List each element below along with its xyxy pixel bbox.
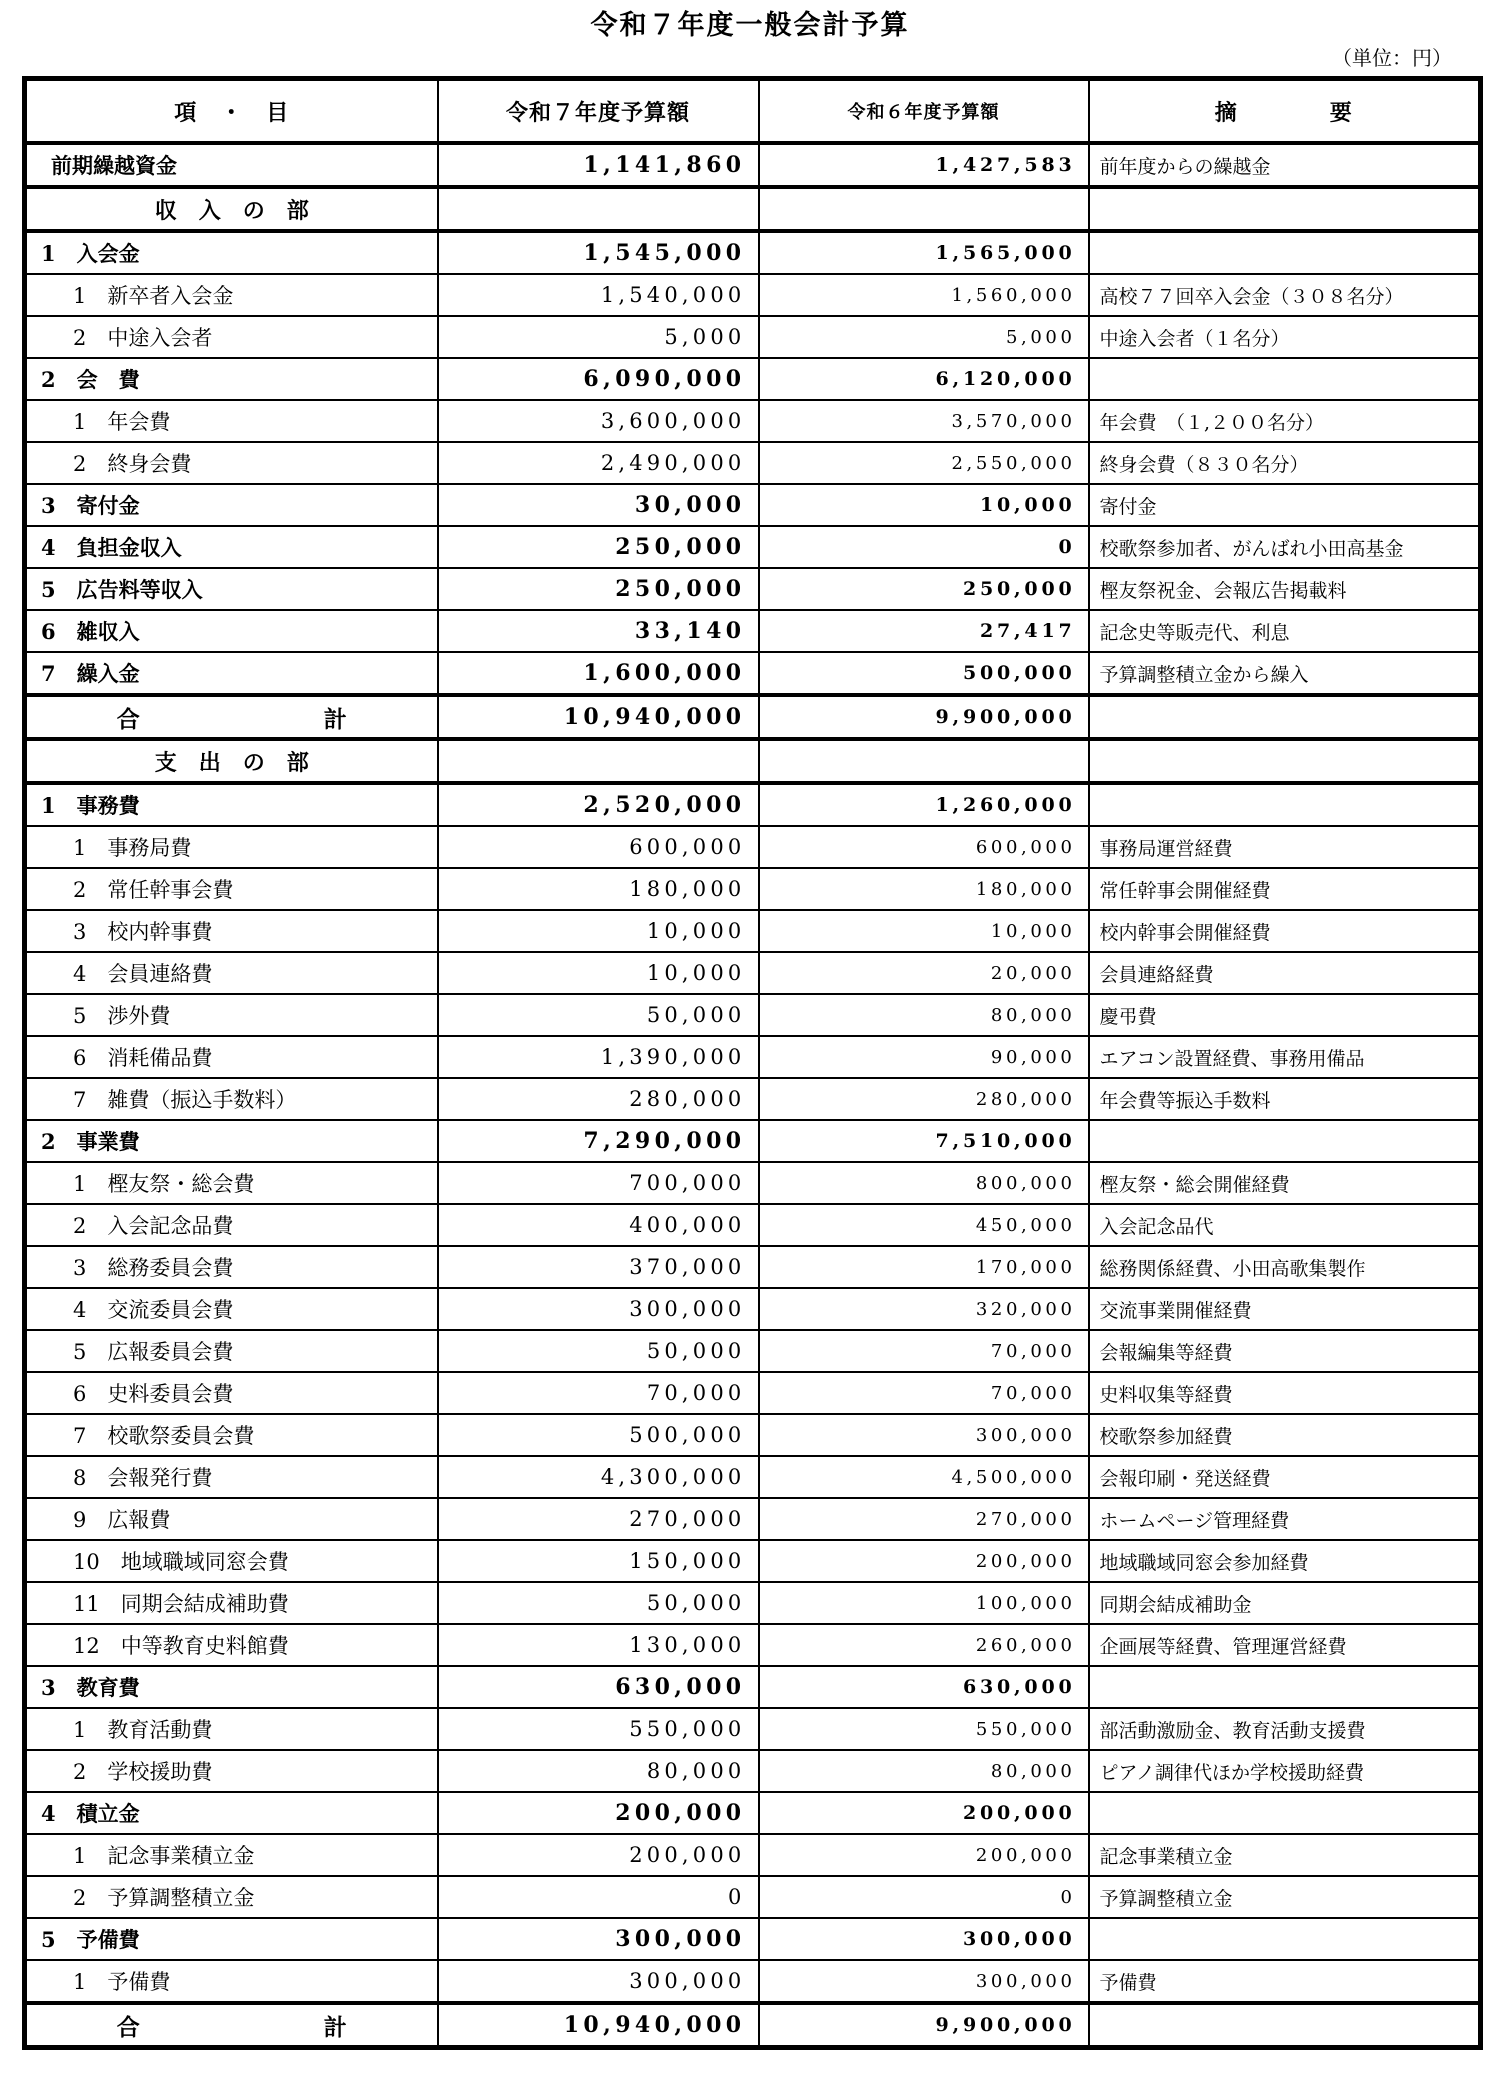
item-cell: 10 地域職域同窓会費	[25, 1540, 438, 1582]
remark-cell: 校歌祭参加経費	[1089, 1414, 1481, 1456]
r7-amount-cell: 550,000	[438, 1708, 759, 1750]
col-header-item: 項 ・ 目	[25, 79, 438, 144]
budget-table-header: 項 ・ 目 令和７年度予算額 令和６年度予算額 摘 要	[25, 79, 1481, 144]
r7-amount-cell: 300,000	[438, 1918, 759, 1960]
remark-cell	[1089, 358, 1481, 400]
table-row: 1 記念事業積立金200,000200,000記念事業積立金	[25, 1834, 1481, 1876]
r6-amount-cell: 300,000	[759, 1918, 1089, 1960]
r6-amount-cell: 7,510,000	[759, 1120, 1089, 1162]
r6-amount-cell: 300,000	[759, 1960, 1089, 2003]
r7-amount-cell: 10,000	[438, 952, 759, 994]
r7-amount-cell: 3,600,000	[438, 400, 759, 442]
table-row: 1 事務局費600,000600,000事務局運営経費	[25, 826, 1481, 868]
r7-amount-cell: 0	[438, 1876, 759, 1918]
r6-amount-cell: 250,000	[759, 568, 1089, 610]
item-cell: 合 計	[25, 695, 438, 739]
table-row: 7 雑費（振込手数料）280,000280,000年会費等振込手数料	[25, 1078, 1481, 1120]
table-row: 合 計10,940,0009,900,000	[25, 2003, 1481, 2048]
r6-amount-cell: 100,000	[759, 1582, 1089, 1624]
table-row: 3 総務委員会費370,000170,000総務関係経費、小田高歌集製作	[25, 1246, 1481, 1288]
r6-amount-cell: 200,000	[759, 1834, 1089, 1876]
r6-amount-cell: 170,000	[759, 1246, 1089, 1288]
remark-cell: 同期会結成補助金	[1089, 1582, 1481, 1624]
table-row: 6 消耗備品費1,390,00090,000エアコン設置経費、事務用備品	[25, 1036, 1481, 1078]
item-cell: 3 教育費	[25, 1666, 438, 1708]
table-row: 4 負担金収入250,0000校歌祭参加者、がんばれ小田高基金	[25, 526, 1481, 568]
r7-amount-cell: 33,140	[438, 610, 759, 652]
remark-cell: 会報編集等経費	[1089, 1330, 1481, 1372]
item-cell: 5 広報委員会費	[25, 1330, 438, 1372]
remark-cell	[1089, 739, 1481, 783]
r6-amount-cell: 270,000	[759, 1498, 1089, 1540]
r7-amount-cell: 280,000	[438, 1078, 759, 1120]
table-row: 5 渉外費50,00080,000慶弔費	[25, 994, 1481, 1036]
table-row: 3 教育費630,000630,000	[25, 1666, 1481, 1708]
table-row: 2 常任幹事会費180,000180,000常任幹事会開催経費	[25, 868, 1481, 910]
r7-amount-cell: 1,545,000	[438, 231, 759, 274]
item-cell: 11 同期会結成補助費	[25, 1582, 438, 1624]
remark-cell: 事務局運営経費	[1089, 826, 1481, 868]
item-cell: 6 消耗備品費	[25, 1036, 438, 1078]
item-cell: 1 事務費	[25, 783, 438, 826]
table-row: 5 予備費300,000300,000	[25, 1918, 1481, 1960]
r7-amount-cell	[438, 187, 759, 231]
remark-cell: 年会費 （１,２００名分）	[1089, 400, 1481, 442]
remark-cell: 記念事業積立金	[1089, 1834, 1481, 1876]
r6-amount-cell	[759, 739, 1089, 783]
r7-amount-cell: 300,000	[438, 1960, 759, 2003]
item-cell: 1 予備費	[25, 1960, 438, 2003]
r7-amount-cell: 1,600,000	[438, 652, 759, 695]
r6-amount-cell: 1,260,000	[759, 783, 1089, 826]
col-header-r7-budget: 令和７年度予算額	[438, 79, 759, 144]
remark-cell: 記念史等販売代、利息	[1089, 610, 1481, 652]
r7-amount-cell: 130,000	[438, 1624, 759, 1666]
remark-cell: 予備費	[1089, 1960, 1481, 2003]
table-row: 合 計10,940,0009,900,000	[25, 695, 1481, 739]
item-cell: 1 新卒者入会金	[25, 274, 438, 316]
r7-amount-cell: 500,000	[438, 1414, 759, 1456]
r7-amount-cell: 700,000	[438, 1162, 759, 1204]
table-row: 6 雑収入33,14027,417記念史等販売代、利息	[25, 610, 1481, 652]
item-cell: 3 総務委員会費	[25, 1246, 438, 1288]
col-header-remark: 摘 要	[1089, 79, 1481, 144]
item-cell: 8 会報発行費	[25, 1456, 438, 1498]
remark-cell: 中途入会者（１名分）	[1089, 316, 1481, 358]
r7-amount-cell: 270,000	[438, 1498, 759, 1540]
remark-cell	[1089, 1666, 1481, 1708]
item-cell: 9 広報費	[25, 1498, 438, 1540]
table-row: 8 会報発行費4,300,0004,500,000会報印刷・発送経費	[25, 1456, 1481, 1498]
remark-cell: 前年度からの繰越金	[1089, 143, 1481, 187]
r7-amount-cell: 250,000	[438, 568, 759, 610]
r6-amount-cell: 90,000	[759, 1036, 1089, 1078]
item-cell: 4 積立金	[25, 1792, 438, 1834]
item-cell: 1 事務局費	[25, 826, 438, 868]
r6-amount-cell: 6,120,000	[759, 358, 1089, 400]
table-row: 1 入会金1,545,0001,565,000	[25, 231, 1481, 274]
table-row: 2 学校援助費80,00080,000ピアノ調律代ほか学校援助経費	[25, 1750, 1481, 1792]
r6-amount-cell: 4,500,000	[759, 1456, 1089, 1498]
r7-amount-cell: 370,000	[438, 1246, 759, 1288]
r7-amount-cell: 6,090,000	[438, 358, 759, 400]
r7-amount-cell: 70,000	[438, 1372, 759, 1414]
item-cell: 2 学校援助費	[25, 1750, 438, 1792]
remark-cell: ホームページ管理経費	[1089, 1498, 1481, 1540]
table-row: 7 校歌祭委員会費500,000300,000校歌祭参加経費	[25, 1414, 1481, 1456]
r7-amount-cell: 400,000	[438, 1204, 759, 1246]
remark-cell: 樫友祭・総会開催経費	[1089, 1162, 1481, 1204]
r7-amount-cell: 10,000	[438, 910, 759, 952]
table-row: 1 教育活動費550,000550,000部活動激励金、教育活動支援費	[25, 1708, 1481, 1750]
table-row: 2 事業費7,290,0007,510,000	[25, 1120, 1481, 1162]
r7-amount-cell: 50,000	[438, 1582, 759, 1624]
r7-amount-cell: 4,300,000	[438, 1456, 759, 1498]
table-row: 10 地域職域同窓会費150,000200,000地域職域同窓会参加経費	[25, 1540, 1481, 1582]
budget-document-page: 令和７年度一般会計予算 （単位：円） 項 ・ 目 令和７年度予算額 令和６年度予…	[0, 0, 1500, 2050]
table-row: 7 繰入金1,600,000500,000予算調整積立金から繰入	[25, 652, 1481, 695]
r6-amount-cell: 200,000	[759, 1792, 1089, 1834]
budget-table: 項 ・ 目 令和７年度予算額 令和６年度予算額 摘 要 前期繰越資金1,141,…	[22, 76, 1483, 2050]
item-cell: 4 負担金収入	[25, 526, 438, 568]
item-cell: 2 終身会費	[25, 442, 438, 484]
item-cell: 支 出 の 部	[25, 739, 438, 783]
remark-cell: 年会費等振込手数料	[1089, 1078, 1481, 1120]
remark-cell: 交流事業開催経費	[1089, 1288, 1481, 1330]
table-row: 支 出 の 部	[25, 739, 1481, 783]
item-cell: 3 寄付金	[25, 484, 438, 526]
remark-cell	[1089, 187, 1481, 231]
item-cell: 12 中等教育史料館費	[25, 1624, 438, 1666]
remark-cell	[1089, 231, 1481, 274]
item-cell: 5 渉外費	[25, 994, 438, 1036]
r6-amount-cell: 0	[759, 1876, 1089, 1918]
item-cell: 2 事業費	[25, 1120, 438, 1162]
r7-amount-cell: 50,000	[438, 994, 759, 1036]
budget-table-body: 前期繰越資金1,141,8601,427,583前年度からの繰越金収 入 の 部…	[25, 143, 1481, 2048]
r6-amount-cell	[759, 187, 1089, 231]
remark-cell	[1089, 783, 1481, 826]
r6-amount-cell: 3,570,000	[759, 400, 1089, 442]
r7-amount-cell: 1,390,000	[438, 1036, 759, 1078]
table-row: 2 中途入会者5,0005,000中途入会者（１名分）	[25, 316, 1481, 358]
table-row: 1 予備費300,000300,000予備費	[25, 1960, 1481, 2003]
r7-amount-cell: 5,000	[438, 316, 759, 358]
r6-amount-cell: 600,000	[759, 826, 1089, 868]
r7-amount-cell: 7,290,000	[438, 1120, 759, 1162]
r6-amount-cell: 10,000	[759, 910, 1089, 952]
table-row: 4 交流委員会費300,000320,000交流事業開催経費	[25, 1288, 1481, 1330]
item-cell: 合 計	[25, 2003, 438, 2048]
item-cell: 4 会員連絡費	[25, 952, 438, 994]
table-row: 1 樫友祭・総会費700,000800,000樫友祭・総会開催経費	[25, 1162, 1481, 1204]
r7-amount-cell: 200,000	[438, 1792, 759, 1834]
r6-amount-cell: 0	[759, 526, 1089, 568]
r7-amount-cell: 50,000	[438, 1330, 759, 1372]
remark-cell	[1089, 1918, 1481, 1960]
r7-amount-cell: 2,520,000	[438, 783, 759, 826]
remark-cell	[1089, 695, 1481, 739]
r6-amount-cell: 1,427,583	[759, 143, 1089, 187]
item-cell: 5 予備費	[25, 1918, 438, 1960]
table-row: 収 入 の 部	[25, 187, 1481, 231]
r6-amount-cell: 80,000	[759, 994, 1089, 1036]
remark-cell: 終身会費（８３０名分）	[1089, 442, 1481, 484]
item-cell: 2 予算調整積立金	[25, 1876, 438, 1918]
table-row: 3 校内幹事費10,00010,000校内幹事会開催経費	[25, 910, 1481, 952]
remark-cell: 校歌祭参加者、がんばれ小田高基金	[1089, 526, 1481, 568]
page-title: 令和７年度一般会計予算	[22, 8, 1478, 44]
item-cell: 1 記念事業積立金	[25, 1834, 438, 1876]
item-cell: 7 雑費（振込手数料）	[25, 1078, 438, 1120]
item-cell: 4 交流委員会費	[25, 1288, 438, 1330]
remark-cell: 会員連絡経費	[1089, 952, 1481, 994]
r6-amount-cell: 70,000	[759, 1330, 1089, 1372]
r7-amount-cell: 10,940,000	[438, 695, 759, 739]
r7-amount-cell: 180,000	[438, 868, 759, 910]
table-row: 4 会員連絡費10,00020,000会員連絡経費	[25, 952, 1481, 994]
header-row: 項 ・ 目 令和７年度予算額 令和６年度予算額 摘 要	[25, 79, 1481, 144]
table-row: 1 年会費3,600,0003,570,000年会費 （１,２００名分）	[25, 400, 1481, 442]
r6-amount-cell: 180,000	[759, 868, 1089, 910]
remark-cell: 予算調整積立金	[1089, 1876, 1481, 1918]
table-row: 9 広報費270,000270,000ホームページ管理経費	[25, 1498, 1481, 1540]
remark-cell: 総務関係経費、小田高歌集製作	[1089, 1246, 1481, 1288]
remark-cell: 常任幹事会開催経費	[1089, 868, 1481, 910]
remark-cell: 会報印刷・発送経費	[1089, 1456, 1481, 1498]
r6-amount-cell: 9,900,000	[759, 695, 1089, 739]
remark-cell: 企画展等経費、管理運営経費	[1089, 1624, 1481, 1666]
item-cell: 前期繰越資金	[25, 143, 438, 187]
table-row: 2 予算調整積立金00予算調整積立金	[25, 1876, 1481, 1918]
remark-cell: 予算調整積立金から繰入	[1089, 652, 1481, 695]
item-cell: 7 繰入金	[25, 652, 438, 695]
remark-cell: エアコン設置経費、事務用備品	[1089, 1036, 1481, 1078]
remark-cell	[1089, 1792, 1481, 1834]
table-row: 6 史料委員会費70,00070,000史料収集等経費	[25, 1372, 1481, 1414]
table-row: 前期繰越資金1,141,8601,427,583前年度からの繰越金	[25, 143, 1481, 187]
r6-amount-cell: 70,000	[759, 1372, 1089, 1414]
table-row: 1 新卒者入会金1,540,0001,560,000高校７７回卒入会金（３０８名…	[25, 274, 1481, 316]
item-cell: 1 年会費	[25, 400, 438, 442]
r6-amount-cell: 1,560,000	[759, 274, 1089, 316]
item-cell: 6 史料委員会費	[25, 1372, 438, 1414]
remark-cell	[1089, 2003, 1481, 2048]
table-row: 2 終身会費2,490,0002,550,000終身会費（８３０名分）	[25, 442, 1481, 484]
item-cell: 2 中途入会者	[25, 316, 438, 358]
remark-cell: 校内幹事会開催経費	[1089, 910, 1481, 952]
r7-amount-cell: 150,000	[438, 1540, 759, 1582]
r6-amount-cell: 260,000	[759, 1624, 1089, 1666]
r6-amount-cell: 10,000	[759, 484, 1089, 526]
col-header-r6-budget: 令和６年度予算額	[759, 79, 1089, 144]
r6-amount-cell: 500,000	[759, 652, 1089, 695]
table-row: 4 積立金200,000200,000	[25, 1792, 1481, 1834]
r7-amount-cell: 2,490,000	[438, 442, 759, 484]
remark-cell: 寄付金	[1089, 484, 1481, 526]
table-row: 2 会 費6,090,0006,120,000	[25, 358, 1481, 400]
remark-cell: 部活動激励金、教育活動支援費	[1089, 1708, 1481, 1750]
remark-cell	[1089, 1120, 1481, 1162]
remark-cell: 樫友祭祝金、会報広告掲載料	[1089, 568, 1481, 610]
r6-amount-cell: 280,000	[759, 1078, 1089, 1120]
remark-cell: 慶弔費	[1089, 994, 1481, 1036]
r6-amount-cell: 5,000	[759, 316, 1089, 358]
r6-amount-cell: 300,000	[759, 1414, 1089, 1456]
r6-amount-cell: 200,000	[759, 1540, 1089, 1582]
item-cell: 収 入 の 部	[25, 187, 438, 231]
r7-amount-cell: 1,141,860	[438, 143, 759, 187]
table-row: 3 寄付金30,00010,000寄付金	[25, 484, 1481, 526]
r7-amount-cell: 80,000	[438, 1750, 759, 1792]
item-cell: 2 会 費	[25, 358, 438, 400]
r7-amount-cell: 630,000	[438, 1666, 759, 1708]
r6-amount-cell: 20,000	[759, 952, 1089, 994]
r6-amount-cell: 550,000	[759, 1708, 1089, 1750]
item-cell: 5 広告料等収入	[25, 568, 438, 610]
table-row: 11 同期会結成補助費50,000100,000同期会結成補助金	[25, 1582, 1481, 1624]
unit-note: （単位：円）	[22, 44, 1478, 72]
r6-amount-cell: 800,000	[759, 1162, 1089, 1204]
r6-amount-cell: 2,550,000	[759, 442, 1089, 484]
r6-amount-cell: 450,000	[759, 1204, 1089, 1246]
r7-amount-cell	[438, 739, 759, 783]
r7-amount-cell: 600,000	[438, 826, 759, 868]
r7-amount-cell: 200,000	[438, 1834, 759, 1876]
remark-cell: 高校７７回卒入会金（３０８名分）	[1089, 274, 1481, 316]
item-cell: 2 常任幹事会費	[25, 868, 438, 910]
r7-amount-cell: 10,940,000	[438, 2003, 759, 2048]
remark-cell: ピアノ調律代ほか学校援助経費	[1089, 1750, 1481, 1792]
table-row: 5 広告料等収入250,000250,000樫友祭祝金、会報広告掲載料	[25, 568, 1481, 610]
r7-amount-cell: 300,000	[438, 1288, 759, 1330]
item-cell: 1 教育活動費	[25, 1708, 438, 1750]
r6-amount-cell: 27,417	[759, 610, 1089, 652]
remark-cell: 地域職域同窓会参加経費	[1089, 1540, 1481, 1582]
item-cell: 7 校歌祭委員会費	[25, 1414, 438, 1456]
r6-amount-cell: 9,900,000	[759, 2003, 1089, 2048]
item-cell: 3 校内幹事費	[25, 910, 438, 952]
r6-amount-cell: 630,000	[759, 1666, 1089, 1708]
r6-amount-cell: 80,000	[759, 1750, 1089, 1792]
item-cell: 1 入会金	[25, 231, 438, 274]
table-row: 2 入会記念品費400,000450,000入会記念品代	[25, 1204, 1481, 1246]
r6-amount-cell: 1,565,000	[759, 231, 1089, 274]
item-cell: 2 入会記念品費	[25, 1204, 438, 1246]
r7-amount-cell: 1,540,000	[438, 274, 759, 316]
table-row: 1 事務費2,520,0001,260,000	[25, 783, 1481, 826]
table-row: 5 広報委員会費50,00070,000会報編集等経費	[25, 1330, 1481, 1372]
r6-amount-cell: 320,000	[759, 1288, 1089, 1330]
table-row: 12 中等教育史料館費130,000260,000企画展等経費、管理運営経費	[25, 1624, 1481, 1666]
item-cell: 6 雑収入	[25, 610, 438, 652]
remark-cell: 史料収集等経費	[1089, 1372, 1481, 1414]
remark-cell: 入会記念品代	[1089, 1204, 1481, 1246]
r7-amount-cell: 250,000	[438, 526, 759, 568]
item-cell: 1 樫友祭・総会費	[25, 1162, 438, 1204]
r7-amount-cell: 30,000	[438, 484, 759, 526]
